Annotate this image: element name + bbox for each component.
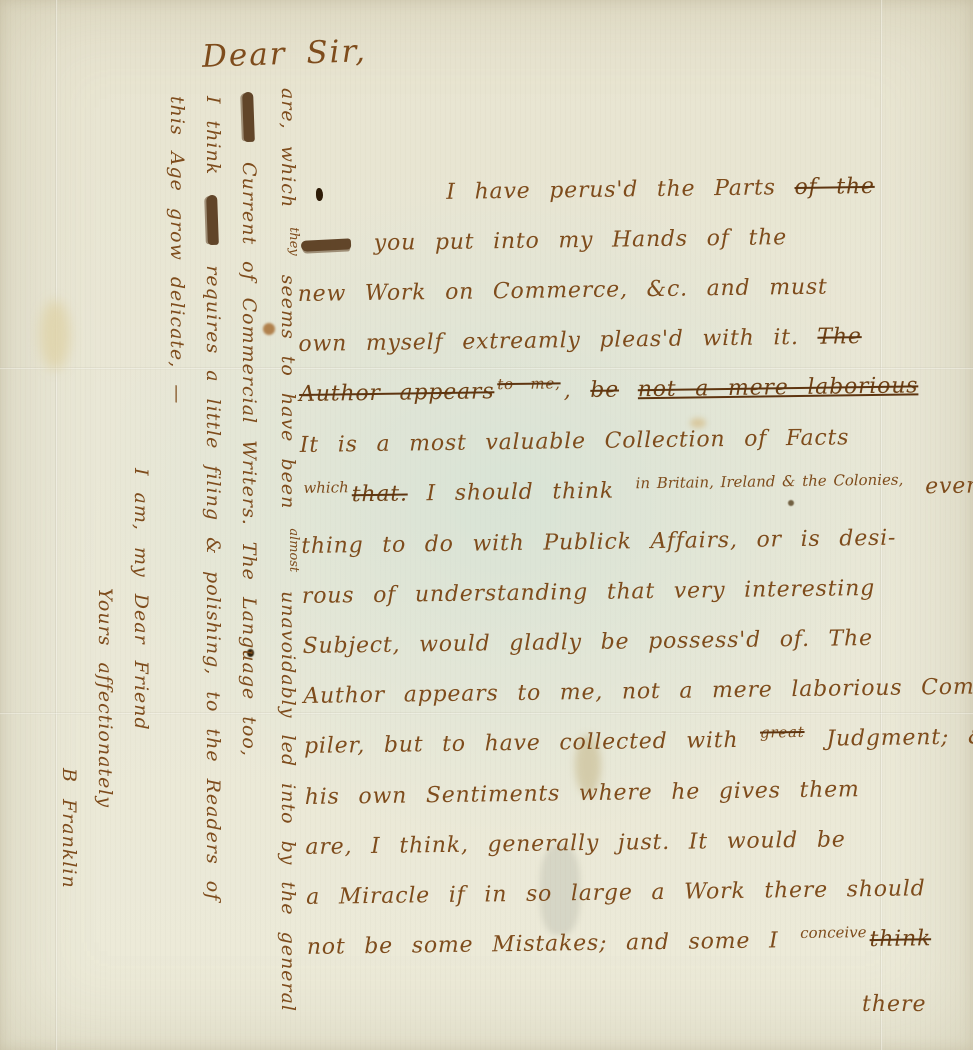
manuscript-line: I think requires a little filing & polis… (195, 88, 231, 1038)
text-segment: they (286, 227, 301, 255)
scribbled-out-word (206, 195, 219, 245)
manuscript-line: are, which they seems to have been almos… (267, 88, 306, 1038)
text-segment: his own Sentiments where he gives them (305, 777, 860, 810)
manuscript-line: this Age grow delicate, — (159, 88, 195, 1038)
text-segment: I should think (408, 478, 633, 506)
text-segment: Current of Commercial Writers. The Langu… (238, 146, 260, 757)
text-segment: Yours affectionately (94, 588, 116, 808)
manuscript-line: I am, my Dear Friend (123, 88, 159, 1038)
margin-note-rotated: are, which they seems to have been almos… (54, 88, 306, 1038)
text-segment: which (303, 478, 348, 497)
text-segment: Judgment; & (807, 724, 973, 752)
text-segment: seems to have been (277, 259, 299, 526)
text-segment: requires a little filing & polishing, to… (202, 249, 224, 901)
text-segment: of the (794, 174, 875, 200)
text-segment: Author appears (299, 379, 495, 407)
salutation: Dear Sir, (201, 33, 367, 75)
manuscript-line: Author appearsto me,, be not a mere labo… (299, 361, 966, 421)
text-segment: that. (352, 481, 408, 507)
text-segment: Subject, would gladly be possess'd of. T… (302, 626, 873, 659)
text-segment: not a mere laborious (638, 373, 919, 402)
text-segment: new Work on Commerce, &c. and must (298, 275, 828, 307)
text-segment: are, I think, generally just. It would b… (305, 827, 845, 860)
manuscript-line: I have perus'd the Parts of the (296, 161, 963, 220)
text-segment: It is a most valuable Collection of Fact… (300, 425, 850, 458)
text-segment: I am, my Dear Friend (130, 468, 152, 731)
text-segment: rous of understanding that very interest… (302, 576, 875, 609)
text-segment: piler, but to have collected with (304, 728, 757, 759)
scribbled-out-word (301, 238, 351, 251)
text-segment: great (760, 723, 805, 742)
text-segment: own myself extreamly pleas'd with it. (298, 325, 817, 357)
text-segment: be (590, 378, 619, 403)
text-segment: this Age grow delicate, — (166, 96, 188, 404)
text-segment: unavoidably led into by the general (277, 575, 299, 1012)
text-segment: conceive (800, 923, 867, 942)
text-segment: B Franklin (58, 768, 80, 889)
manuscript-line: whichthat. I should think in Britain, Ir… (300, 462, 967, 522)
text-segment: you put into my Hands of the (355, 225, 787, 256)
text-segment: to me, (497, 374, 561, 393)
text-segment: almost (286, 528, 301, 572)
manuscript-line: Yours affectionately (87, 88, 123, 1038)
catchword: there (862, 992, 927, 1017)
text-segment: thing to do with Publick Affairs, or is … (301, 526, 896, 559)
text-segment (619, 377, 638, 402)
manuscript-line: B Franklin (51, 88, 87, 1038)
text-segment: , (564, 378, 591, 403)
text-segment: think (869, 926, 931, 952)
text-segment: a Miracle if in so large a Work there sh… (306, 876, 926, 910)
text-segment: I think (202, 96, 224, 191)
manuscript-line: Current of Commercial Writers. The Langu… (231, 88, 267, 1038)
manuscript-line: piler, but to have collected with great … (304, 713, 971, 773)
text-segment: in Britain, Ireland & the Colonies, (635, 470, 903, 492)
scribbled-out-word (242, 92, 255, 142)
text-segment: not be some Mistakes; and some I (307, 928, 798, 960)
text-segment: The (817, 324, 862, 350)
manuscript-line: not be some Mistakes; and some I conceiv… (307, 914, 973, 974)
text-segment: I have perus'd the Parts (446, 175, 795, 205)
text-segment: are, which (277, 88, 299, 224)
text-segment: Author appears to me, not a mere laborio… (303, 674, 973, 708)
letter-body: I have perus'd the Parts of the you put … (296, 161, 973, 974)
text-segment: every one, who has any (906, 470, 973, 500)
